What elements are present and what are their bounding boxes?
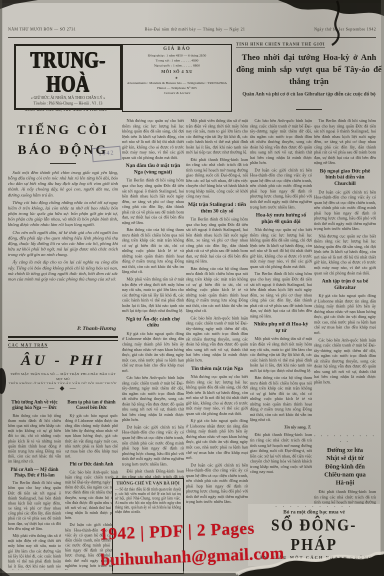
column-paragraph: Các báo bên Anh-quốc bình luận rằng cuộc… (250, 118, 312, 165)
notice-body: — Sổ dự thảo điều lệ đã trình quan trên … (115, 488, 181, 515)
column-paragraph: Một phái viên thông tấn xã ở mặt trận đi… (122, 277, 184, 314)
notice-heading: THÔNG-CHẾ VỀ VẠN BÀ HỘI (115, 481, 181, 487)
column-paragraph: Tin Berlin đánh đi hồi sáng hôm qua cho … (186, 217, 248, 264)
column-subhead: Bom tạ phá tan ở thành Cassel bên Đức (66, 400, 117, 411)
price-per-issue: MỖI SỐ 4 XU (123, 69, 231, 75)
folio-left: NĂM THỨ MƯỜI BỐN — SỐ 2731 (8, 27, 76, 32)
column-paragraph: Các báo bên Anh-quốc bình luận rằng cuộc… (186, 315, 248, 362)
au-phi-title: ÂU - PHI (8, 353, 118, 370)
column-paragraph: Nhà đương cục quân sự cho biết thêm rằng… (314, 233, 376, 275)
price-line: Ngoại quốc : 1 năm . . . . . . 8$00 (123, 63, 231, 68)
watermark: 1942 | PDF | 2 Pages buihuuhanh@gmail.co… (99, 514, 285, 574)
editorial-signature: P. Thanh-Hương (77, 326, 116, 332)
top-edge-shadow (0, 0, 384, 3)
column-paragraph: Dư luận các giới chính trị bên Hoa-thịnh… (250, 167, 312, 209)
price-box: GIÁ BÁO Đông-pháp : 1 năm 4$50 — 6 tháng… (122, 44, 232, 112)
publication-schedule: XUẤT BẢN THỨ BA, THỨ NĂM VÀ THỨ BẢY (14, 108, 118, 115)
column-paragraph: Các báo bên Anh-quốc bình luận rằng cuộc… (314, 337, 376, 384)
lead-kicker: TÌNH HÌNH CHIẾN TRANH THẾ GIỚI (236, 42, 382, 50)
column-subhead: Mặt trận Stalingrad : tiến thêm 30 cây s… (187, 202, 247, 215)
editorial-title-line1: TIẾNG CÒI (8, 122, 118, 138)
news-column-5-top: Tin Berlin đánh đi hồi sáng hôm qua cho … (314, 118, 376, 426)
column-paragraph: Suốt một đêm thành phố chìm trong giấc n… (8, 170, 118, 198)
dotted-rule: · · · · · · · · · · · · (314, 433, 376, 444)
column-paragraph: Tin Berlin đánh đi hồi sáng hôm qua cho … (250, 271, 312, 318)
masthead-address: Tòa báo : Phố Nhà-Chung — Hà-nội . VI . … (16, 101, 120, 107)
column-subhead: Anh tập trận ở xa bể Gibraltar (315, 279, 375, 292)
folio-rule (8, 37, 376, 38)
column-subhead: Nạn đắm tầu ở mặt trận Nga (vòng ngoài) (123, 163, 183, 176)
column-subhead: Phi cơ Đức đánh Anh (66, 462, 117, 468)
column-subhead: Thủ tướng Anh về việc giảng hòa Nga — Đứ… (9, 400, 60, 411)
paper-crack-mark (332, 1, 339, 45)
column-paragraph: Bản thông cáo của bộ tổng tham mưu đánh … (250, 375, 312, 422)
column-paragraph: Các báo bên Anh-quốc bình luận rằng cuộc… (65, 469, 118, 520)
newspaper-page: NĂM THỨ MƯỜI BỐN — SỐ 2731 Bảo-Đại năm t… (0, 0, 384, 576)
column-paragraph: Bản thông cáo của bộ tổng tham mưu đánh … (8, 413, 61, 464)
column-paragraph: Dư luận các giới chính trị bên Hoa-thịnh… (122, 424, 184, 466)
column-paragraph: Nhà đương cục quân sự cho biết thêm rằng… (122, 118, 184, 160)
left-edge-blot (0, 368, 6, 394)
library-stamp: 1942 (91, 146, 121, 162)
au-phi-left-column: Thủ tướng Anh về việc giảng hòa Nga — Đứ… (8, 394, 61, 570)
column-paragraph: Bản thông cáo của bộ tổng tham mưu đánh … (186, 266, 248, 313)
editorial-divider (50, 163, 76, 164)
section-double-rule (8, 336, 118, 341)
pricebox-foot: Censure & Lecture (123, 90, 231, 95)
column-subhead: Tin thêm mặt trận Nga (187, 366, 247, 372)
column-paragraph: Ký giả các báo ngoại quốc đóng ở Lisbonn… (122, 331, 184, 373)
folio-line: NĂM THỨ MƯỜI BỐN — SỐ 2731 Bảo-Đại năm t… (8, 27, 376, 36)
column-paragraph: Tin Berlin đánh đi hồi sáng hôm qua cho … (122, 178, 184, 225)
column-paragraph: Ký giả các báo ngoại quốc đóng ở Lisbonn… (65, 413, 118, 459)
column-paragraph: Bản thông cáo của bộ tổng tham mưu đánh … (122, 227, 184, 274)
masthead-box: TRUNG-HOÀ « GIỮ ĐỨC ÁI NHÂN, MÀ THEO CHÂ… (14, 44, 122, 110)
editorial-body: Suốt một đêm thành phố chìm trong giấc n… (8, 170, 118, 316)
article-signature: Tin tây sang, T. (251, 424, 311, 429)
column-paragraph: Ký giả các báo ngoại quốc đóng ở Lisbonn… (186, 418, 248, 460)
price-box-title: GIÁ BÁO (123, 46, 231, 53)
column-subhead: Nhiều phụ nữ đi Hoa-kỳ tự tử (251, 322, 311, 335)
column-paragraph: Tin Berlin đánh đi hồi sáng hôm qua cho … (314, 118, 376, 165)
lead-deck: Quân Anh và phi cơ ở cù lao Gibraltar tậ… (236, 91, 382, 107)
folio-right: Ngày thứ ba 1er Septembre 1942 (314, 27, 376, 32)
column-paragraph: Cho nên mỗi người dân, từ kẻ thức giả ch… (8, 230, 118, 258)
column-paragraph: Đài phát thanh Đông-kinh loan tin rằng c… (250, 432, 312, 474)
column-paragraph: Ấy cũng là một dịp cho ta ôn lại cái ngh… (8, 260, 118, 282)
column-paragraph: Nhà đương cục quân sự cho biết thêm rằng… (250, 227, 312, 269)
column-paragraph: Một phái viên thông tấn xã ở mặt trận đi… (250, 336, 312, 373)
column-paragraph: Một phái viên thông tấn xã ở mặt trận đi… (186, 118, 248, 155)
column-paragraph: Dư luận các giới chính trị bên Hoa-thịnh… (186, 462, 248, 504)
column-paragraph: Các báo bên Anh-quốc bình luận rằng cuộc… (122, 375, 184, 422)
column-subhead: Phi cơ Anh — Mỹ đánh Pháp, Đức ở Hà-lan (9, 467, 60, 478)
column-subhead: Bộ ngoại giao Đức phê bình bài diễn văn … (315, 168, 375, 187)
column-paragraph: Nhà đương cục quân sự cho biết thêm rằng… (186, 374, 248, 416)
news-column-3: Một phái viên thông tấn xã ở mặt trận đi… (186, 118, 248, 576)
au-phi-ornament: — ◆ — (8, 385, 118, 392)
column-paragraph: Một phái viên thông tấn xã ở mặt trận đi… (8, 533, 61, 570)
column-paragraph: Tiếng còi báo động chẳng những nhắc ta n… (8, 200, 118, 228)
column-paragraph: Đài phát thanh Đông-kinh loan tin rằng c… (186, 157, 248, 199)
lead-headline: Theo nhời đại tướng Hoa-kỳ ở Anh đồng mi… (236, 52, 382, 89)
lead-rule (296, 109, 322, 110)
left-edge-shadow (0, 0, 2, 576)
au-phi-subtitle: TRÊN MẶT TRẬN NGA SÔ — MẶT TRẬN PHI-CHÂU… (8, 372, 118, 384)
folio-center: Bảo-Đại năm thứ mười bảy — Tháng bảy — N… (145, 27, 245, 32)
torn-corner-top-left (0, 0, 38, 9)
column-subhead: Hoa-kỳ mưu hưởng số phận 48 quân đội (251, 213, 311, 226)
column-paragraph: Dư luận các giới chính trị bên Hoa-thịnh… (314, 189, 376, 231)
column-paragraph: Ký giả các báo ngoại quốc đóng ở Lisbonn… (314, 293, 376, 335)
lead-story: TÌNH HÌNH CHIẾN TRANH THẾ GIỚI Theo nhời… (236, 42, 382, 116)
column-subhead: Ngã tư Ấn-độ: cảnh chợ chiều (123, 316, 183, 329)
pricebox-contact: Abonnements : Mandats & Bureau báo — Tél… (123, 80, 231, 90)
column-paragraph: Tin Berlin đánh đi hồi sáng hôm qua cho … (8, 480, 61, 531)
masthead-title: TRUNG-HOÀ (16, 50, 120, 96)
column-headline: Đường xe lửa Nhật sẽ đặt từ Đông-kinh đế… (314, 446, 376, 487)
au-phi-kicker: CÁC MẶT TRẬN (8, 343, 118, 350)
torn-corner-top-right (278, 0, 384, 16)
